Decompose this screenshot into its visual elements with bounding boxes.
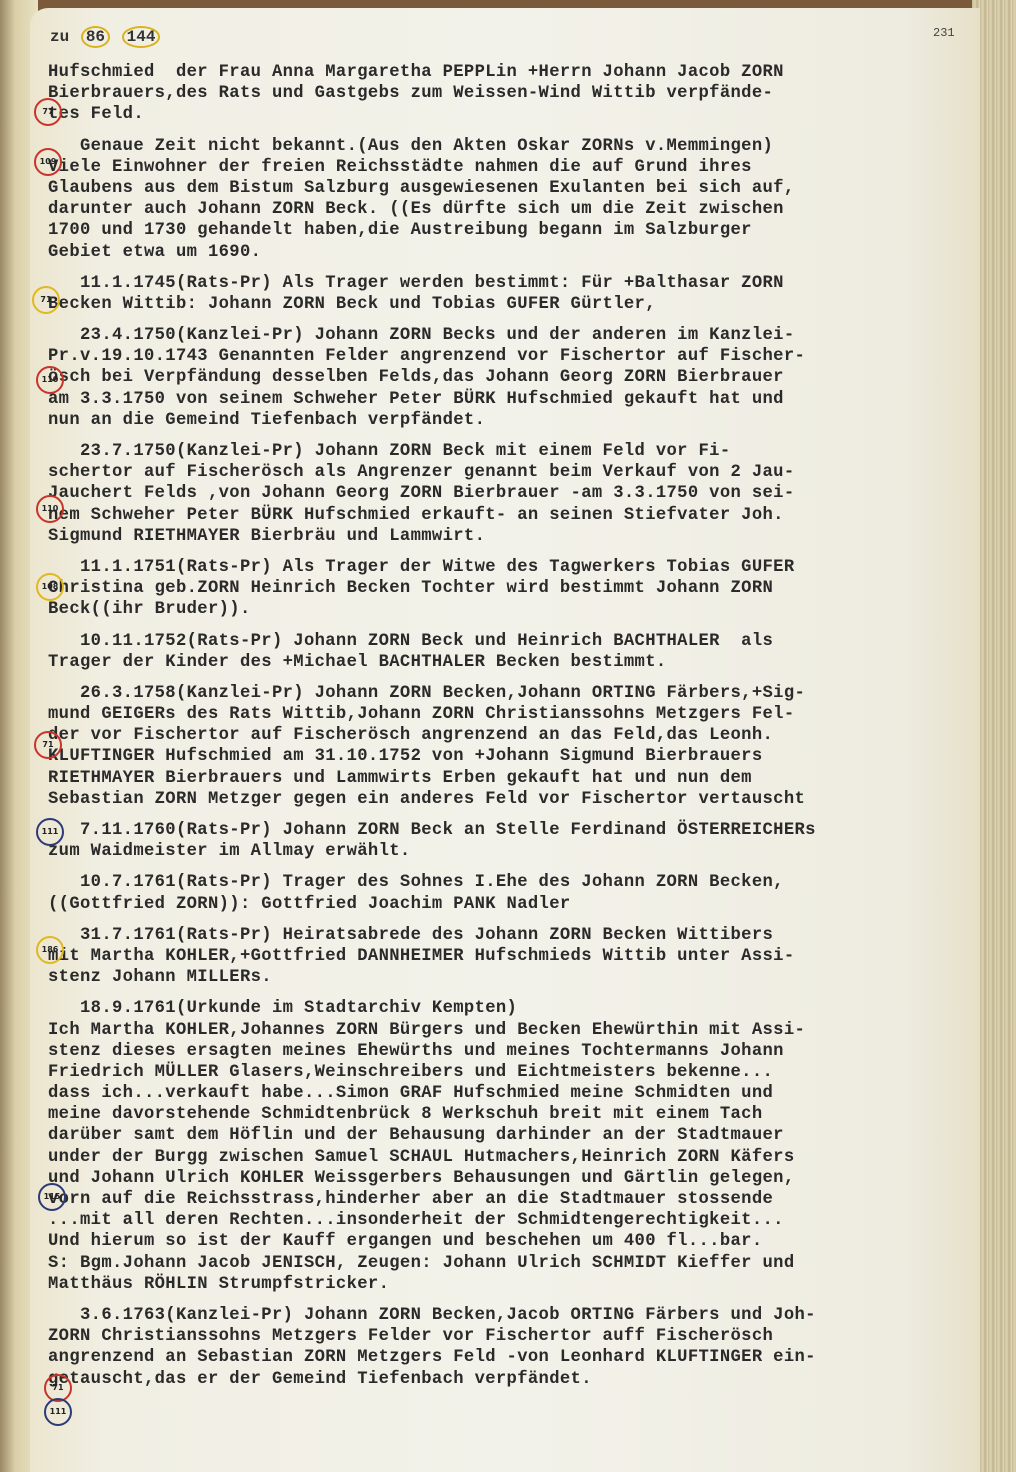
text-line: Friedrich MÜLLER Glasers,Weinschreibers … xyxy=(48,1062,988,1083)
text-line: Pr.v.19.10.1743 Genannten Felder angrenz… xyxy=(48,346,988,367)
reference-number-b: 144 xyxy=(122,26,161,48)
text-line: 11.1.1745(Rats-Pr) Als Trager werden bes… xyxy=(48,273,988,294)
text-line: der vor Fischertor auf Fischerösch angre… xyxy=(48,725,988,746)
text-line: Ich Martha KOHLER,Johannes ZORN Bürgers … xyxy=(48,1020,988,1041)
document-body: Hufschmied der Frau Anna Margaretha PEPP… xyxy=(48,62,988,1400)
document-entry: 26.3.1758(Kanzlei-Pr) Johann ZORN Becken… xyxy=(48,683,988,810)
header-prefix: zu xyxy=(50,28,69,46)
document-entry: 3.6.1763(Kanzlei-Pr) Johann ZORN Becken,… xyxy=(48,1305,988,1390)
text-line: Christina geb.ZORN Heinrich Becken Tocht… xyxy=(48,578,988,599)
circled-margin-number: 110 xyxy=(36,366,64,394)
circled-margin-number: 110 xyxy=(36,495,64,523)
text-line: 31.7.1761(Rats-Pr) Heiratsabrede des Joh… xyxy=(48,925,988,946)
text-line: tes Feld. xyxy=(48,104,988,125)
text-line: schertor auf Fischerösch als Angrenzer g… xyxy=(48,462,988,483)
text-line: und Johann Ulrich KOHLER Weissgerbers Be… xyxy=(48,1168,988,1189)
text-line: Glaubens aus dem Bistum Salzburg ausgewi… xyxy=(48,178,988,199)
document-entry: 23.4.1750(Kanzlei-Pr) Johann ZORN Becks … xyxy=(48,325,988,431)
text-line: ((Gottfried ZORN)): Gottfried Joachim PA… xyxy=(48,894,988,915)
text-line: dass ich...verkauft habe...Simon GRAF Hu… xyxy=(48,1083,988,1104)
circled-margin-number: 108 xyxy=(36,573,64,601)
text-line: Viele Einwohner der freien Reichsstädte … xyxy=(48,157,988,178)
text-line: 3.6.1763(Kanzlei-Pr) Johann ZORN Becken,… xyxy=(48,1305,988,1326)
text-line: Und hierum so ist der Kauff ergangen und… xyxy=(48,1231,988,1252)
text-line: KLUFTINGER Hufschmied am 31.10.1752 von … xyxy=(48,746,988,767)
text-line: mit Martha KOHLER,+Gottfried DANNHEIMER … xyxy=(48,946,988,967)
circled-margin-number: 186 xyxy=(36,936,64,964)
document-entry: Hufschmied der Frau Anna Margaretha PEPP… xyxy=(48,62,988,126)
text-line: Gebiet etwa um 1690. xyxy=(48,242,988,263)
document-entry: 11.1.1745(Rats-Pr) Als Trager werden bes… xyxy=(48,273,988,315)
text-line: getauscht,das er der Gemeind Tiefenbach … xyxy=(48,1369,988,1390)
text-line: Genaue Zeit nicht bekannt.(Aus den Akten… xyxy=(48,136,988,157)
text-line: Beck((ihr Bruder)). xyxy=(48,599,988,620)
document-entry: 7.11.1760(Rats-Pr) Johann ZORN Beck an S… xyxy=(48,820,988,862)
text-line: nem Schweher Peter BÜRK Hufschmied erkau… xyxy=(48,505,988,526)
text-line: stenz dieses ersagten meines Ehewürths u… xyxy=(48,1041,988,1062)
text-line: ZORN Christianssohns Metzgers Felder vor… xyxy=(48,1326,988,1347)
text-line: angrenzend an Sebastian ZORN Metzgers Fe… xyxy=(48,1347,988,1368)
text-line: Bierbrauers,des Rats und Gastgebs zum We… xyxy=(48,83,988,104)
circled-margin-number: 71 xyxy=(32,286,60,314)
text-line: 18.9.1761(Urkunde im Stadtarchiv Kempten… xyxy=(48,998,988,1019)
text-line: Becken Wittib: Johann ZORN Beck und Tobi… xyxy=(48,294,988,315)
circled-margin-number: 111 xyxy=(36,818,64,846)
text-line: Sebastian ZORN Metzger gegen ein anderes… xyxy=(48,789,988,810)
text-line: 23.4.1750(Kanzlei-Pr) Johann ZORN Becks … xyxy=(48,325,988,346)
document-entry: 10.7.1761(Rats-Pr) Trager des Sohnes I.E… xyxy=(48,872,988,914)
circled-margin-number: 71 xyxy=(34,731,62,759)
text-line: darunter auch Johann ZORN Beck. ((Es dür… xyxy=(48,199,988,220)
document-entry: 23.7.1750(Kanzlei-Pr) Johann ZORN Beck m… xyxy=(48,441,988,547)
circled-margin-number: 115 xyxy=(38,1183,66,1211)
circled-margin-number: 111 xyxy=(44,1398,72,1426)
document-entry: 10.11.1752(Rats-Pr) Johann ZORN Beck und… xyxy=(48,631,988,673)
circled-margin-number: 77 xyxy=(34,98,62,126)
text-line: zum Waidmeister im Allmay erwählt. xyxy=(48,841,988,862)
text-line: Trager der Kinder des +Michael BACHTHALE… xyxy=(48,652,988,673)
text-line: ösch bei Verpfändung desselben Felds,das… xyxy=(48,367,988,388)
text-line: meine davorstehende Schmidtenbrück 8 Wer… xyxy=(48,1104,988,1125)
page-number: 231 xyxy=(933,26,955,40)
reference-number-a: 86 xyxy=(81,26,110,48)
document-entry: 18.9.1761(Urkunde im Stadtarchiv Kempten… xyxy=(48,998,988,1295)
circled-margin-number: 109 xyxy=(34,148,62,176)
text-line: ...mit all deren Rechten...insonderheit … xyxy=(48,1210,988,1231)
text-line: vorn auf die Reichsstrass,hinderher aber… xyxy=(48,1189,988,1210)
text-line: Jauchert Felds ,von Johann Georg ZORN Bi… xyxy=(48,483,988,504)
text-line: RIETHMAYER Bierbrauers und Lammwirts Erb… xyxy=(48,768,988,789)
text-line: mund GEIGERs des Rats Wittib,Johann ZORN… xyxy=(48,704,988,725)
text-line: nun an die Gemeind Tiefenbach verpfändet… xyxy=(48,410,988,431)
text-line: 10.7.1761(Rats-Pr) Trager des Sohnes I.E… xyxy=(48,872,988,893)
text-line: 11.1.1751(Rats-Pr) Als Trager der Witwe … xyxy=(48,557,988,578)
text-line: am 3.3.1750 von seinem Schweher Peter BÜ… xyxy=(48,389,988,410)
document-entry: 31.7.1761(Rats-Pr) Heiratsabrede des Joh… xyxy=(48,925,988,989)
text-line: S: Bgm.Johann Jacob JENISCH, Zeugen: Joh… xyxy=(48,1253,988,1274)
text-line: under der Burgg zwischen Samuel SCHAUL H… xyxy=(48,1147,988,1168)
document-entry: 11.1.1751(Rats-Pr) Als Trager der Witwe … xyxy=(48,557,988,621)
text-line: 10.11.1752(Rats-Pr) Johann ZORN Beck und… xyxy=(48,631,988,652)
page-header: zu 86 144 xyxy=(50,26,160,48)
text-line: Sigmund RIETHMAYER Bierbräu und Lammwirt… xyxy=(48,526,988,547)
text-line: 1700 und 1730 gehandelt haben,die Austre… xyxy=(48,220,988,241)
text-line: darüber samt dem Höflin und der Behausun… xyxy=(48,1125,988,1146)
text-line: 7.11.1760(Rats-Pr) Johann ZORN Beck an S… xyxy=(48,820,988,841)
text-line: Matthäus RÖHLIN Strumpfstricker. xyxy=(48,1274,988,1295)
text-line: 23.7.1750(Kanzlei-Pr) Johann ZORN Beck m… xyxy=(48,441,988,462)
text-line: stenz Johann MILLERs. xyxy=(48,967,988,988)
document-entry: Genaue Zeit nicht bekannt.(Aus den Akten… xyxy=(48,136,988,263)
text-line: Hufschmied der Frau Anna Margaretha PEPP… xyxy=(48,62,988,83)
text-line: 26.3.1758(Kanzlei-Pr) Johann ZORN Becken… xyxy=(48,683,988,704)
